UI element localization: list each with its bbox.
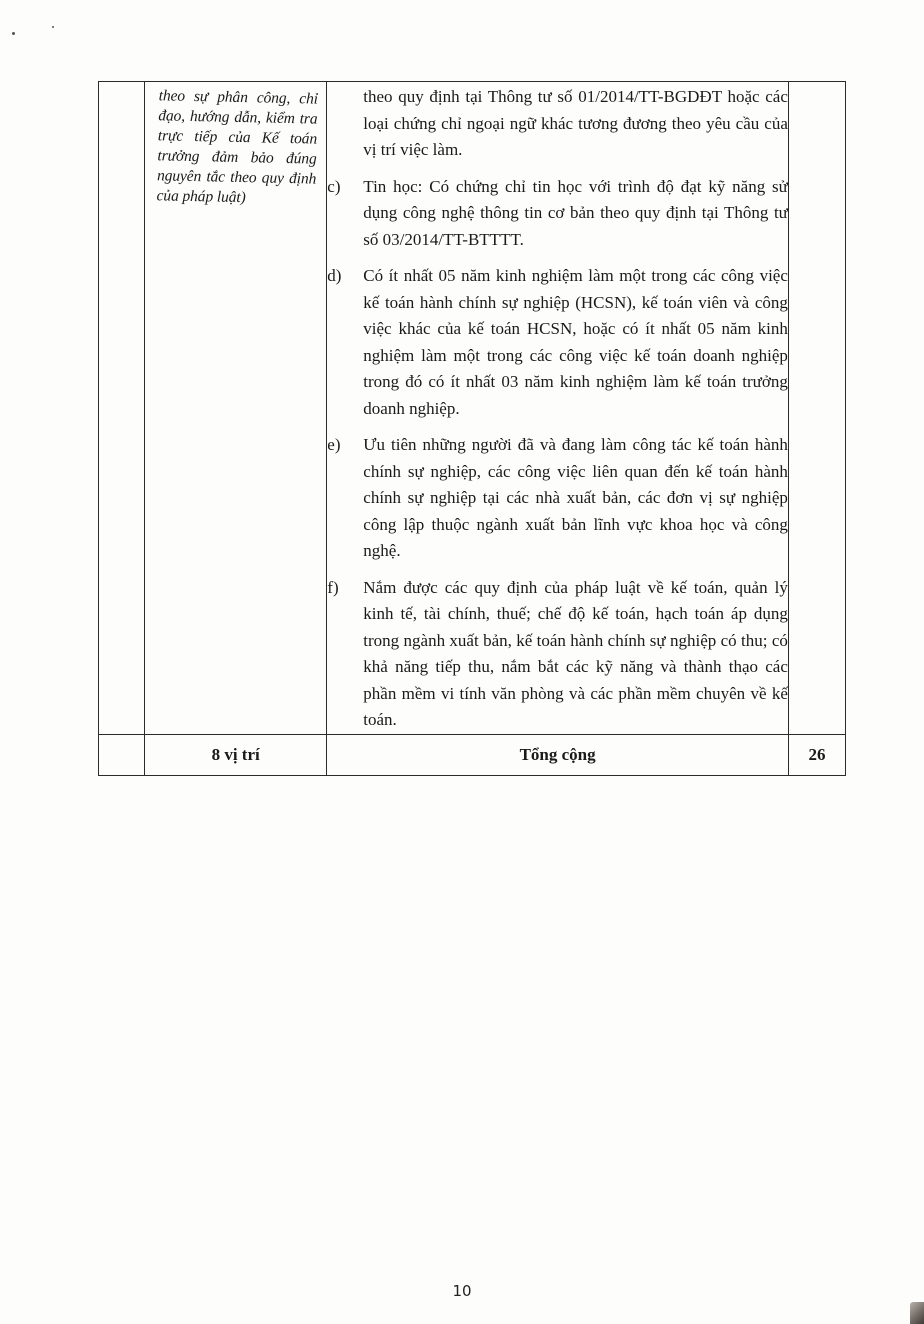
requirement-label: f) [327, 575, 363, 734]
page-number: 10 [0, 1282, 924, 1300]
table-row-total: 8 vị trí Tổng cộng 26 [99, 734, 846, 775]
requirement-item-d: d) Có ít nhất 05 năm kinh nghiệm làm một… [327, 263, 788, 422]
requirement-label: c) [327, 174, 363, 254]
requirement-text: Ưu tiên những người đã và đang làm công … [363, 432, 788, 565]
duty-cell: theo sự phân công, chỉ đạo, hướng dẫn, k… [145, 82, 327, 735]
duty-description: theo sự phân công, chỉ đạo, hướng dẫn, k… [142, 82, 326, 210]
requirement-text: Tin học: Có chứng chỉ tin học với trình … [363, 174, 788, 254]
total-label-cell: Tổng cộng [327, 734, 789, 775]
requirement-label: d) [327, 263, 363, 422]
job-position-table: theo sự phân công, chỉ đạo, hướng dẫn, k… [98, 81, 846, 776]
total-quantity-cell: 26 [788, 734, 845, 775]
requirement-continuation: theo quy định tại Thông tư số 01/2014/TT… [327, 84, 788, 164]
scan-speck [12, 32, 15, 35]
table-row-continued: theo sự phân công, chỉ đạo, hướng dẫn, k… [99, 82, 846, 735]
scan-corner-mark [910, 1302, 924, 1324]
requirement-text: Nắm được các quy định của pháp luật về k… [363, 575, 788, 734]
requirement-item-c: c) Tin học: Có chứng chỉ tin học với trì… [327, 174, 788, 254]
total-positions-cell: 8 vị trí [145, 734, 327, 775]
requirements-cell: theo quy định tại Thông tư số 01/2014/TT… [327, 82, 789, 735]
scan-speck [52, 26, 54, 28]
requirement-text: Có ít nhất 05 năm kinh nghiệm làm một tr… [363, 263, 788, 422]
stt-cell [99, 82, 145, 735]
requirement-item-f: f) Nắm được các quy định của pháp luật v… [327, 575, 788, 734]
requirement-label: e) [327, 432, 363, 565]
total-stt-cell [99, 734, 145, 775]
requirement-item-e: e) Ưu tiên những người đã và đang làm cô… [327, 432, 788, 565]
quantity-cell [788, 82, 845, 735]
